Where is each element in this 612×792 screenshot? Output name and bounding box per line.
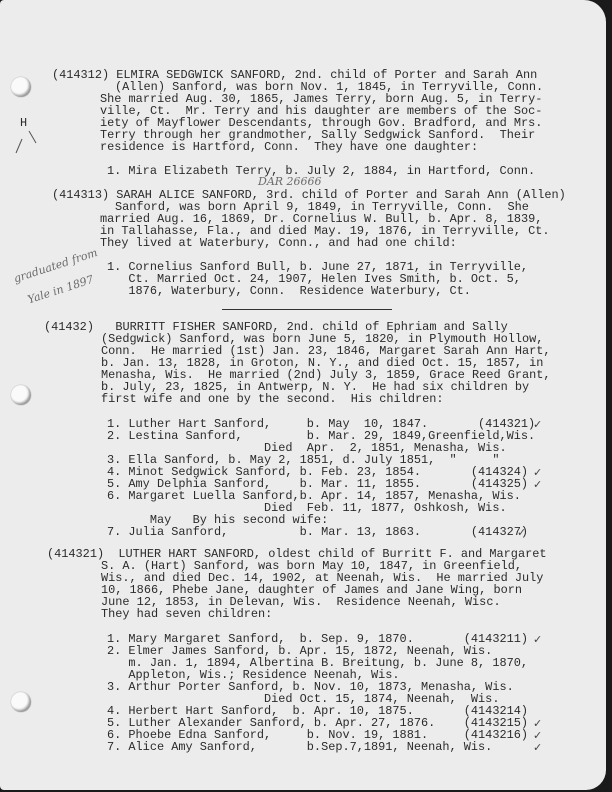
child-line: 7. Alice Amy Sanford, b.Sep.7,1891, Neen…	[107, 741, 492, 753]
child-line: 7. Julia Sanford, b. Mar. 13, 1863. (414…	[107, 526, 528, 538]
check-icon: ✓	[533, 418, 542, 431]
check-icon: ✓	[517, 526, 526, 539]
check-icon: ✓	[533, 741, 542, 754]
entry-line: They lived at Waterbury, Conn., and had …	[100, 237, 457, 249]
check-icon: ✓	[533, 633, 542, 646]
entry-line: They had seven children:	[101, 608, 272, 620]
check-icon: ✓	[533, 478, 542, 491]
punch-hole-middle	[11, 385, 31, 405]
margin-slash-marks	[12, 129, 42, 155]
section-divider	[222, 309, 392, 310]
child-line: 1876, Waterbury, Conn. Residence Waterbu…	[107, 285, 471, 297]
margin-mark: H	[20, 117, 27, 129]
dar-annotation: DAR 26666	[258, 175, 322, 188]
punch-hole-bottom	[11, 692, 31, 712]
entry-line: first wife and one by the second. His ch…	[101, 393, 444, 405]
entry-line: residence is Hartford, Conn. They have o…	[100, 141, 478, 153]
document-page: H (414312) ELMIRA SEDGWICK SANFORD, 2nd.…	[0, 0, 606, 790]
punch-hole-top	[11, 77, 31, 97]
